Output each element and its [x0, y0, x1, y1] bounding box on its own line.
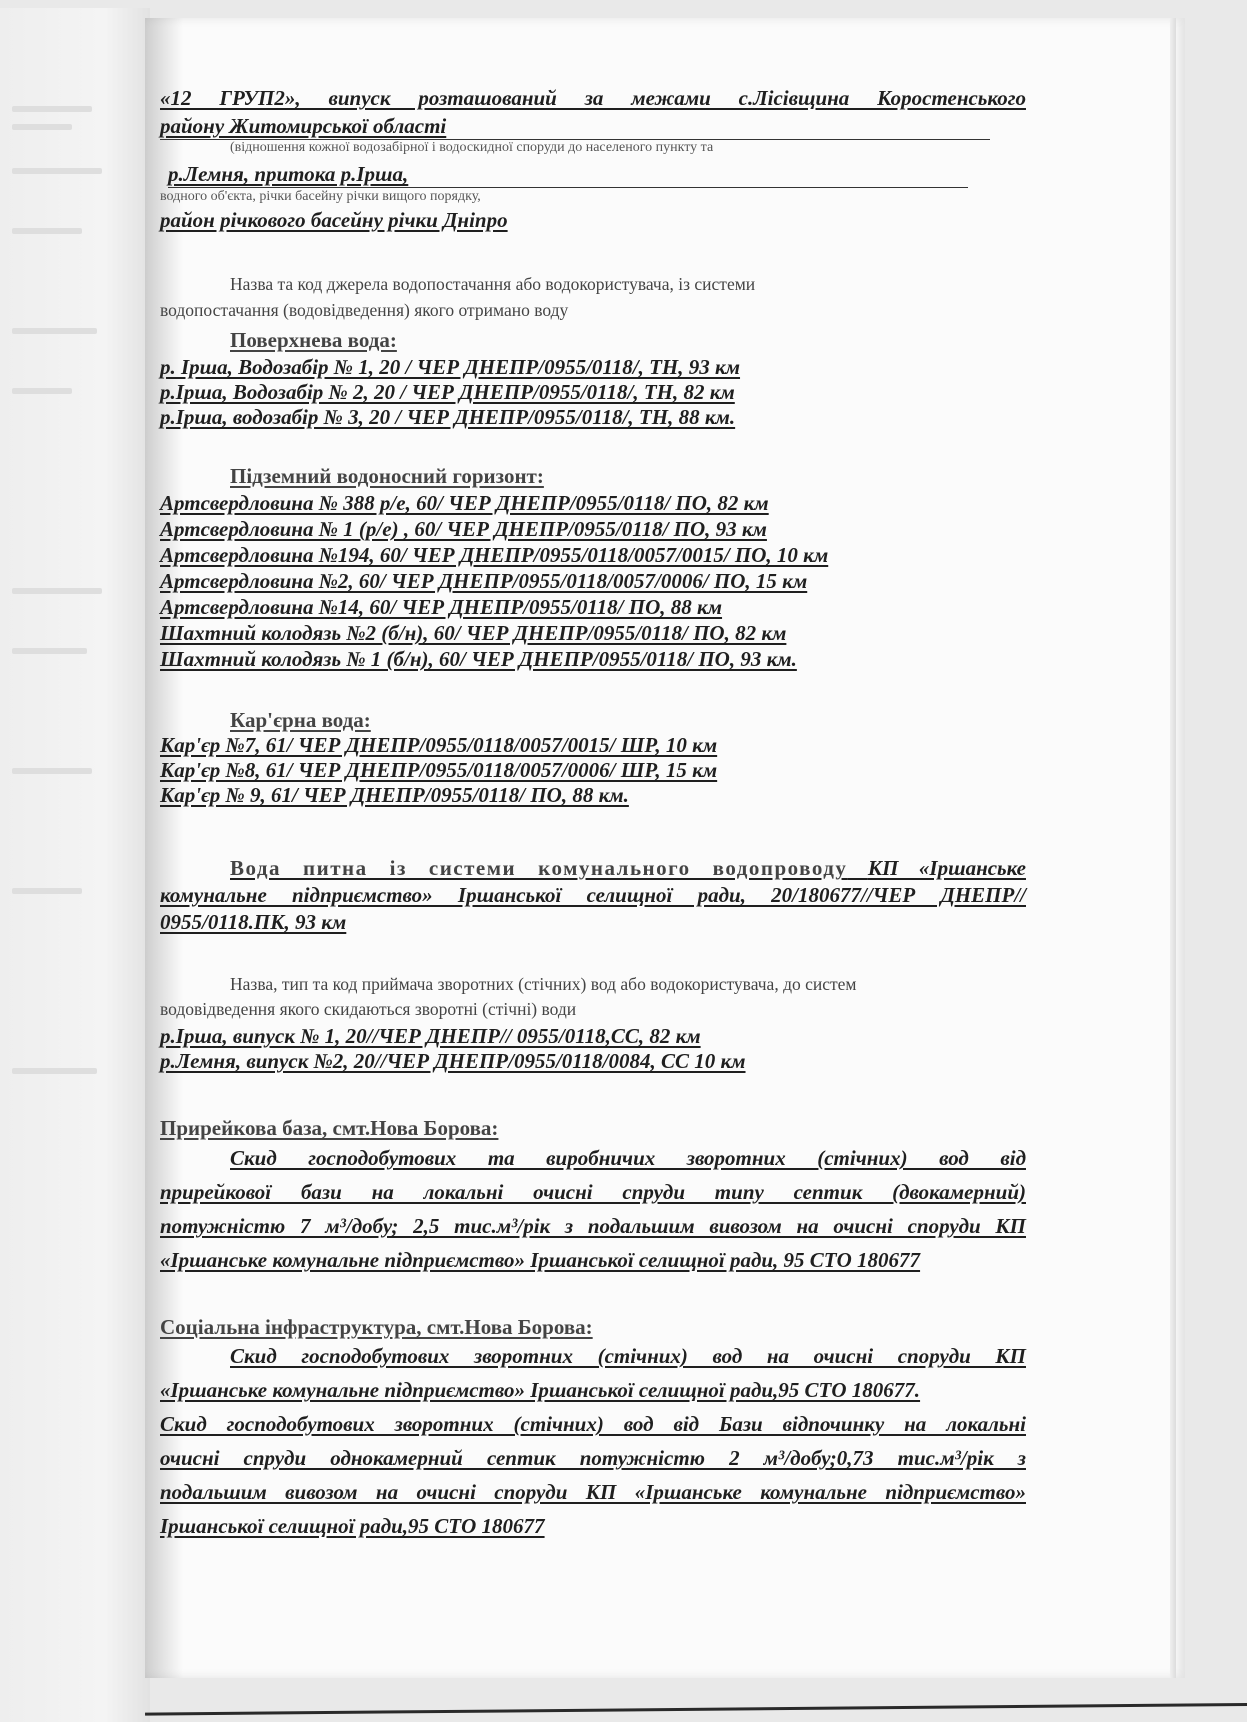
header-line-6: район річкового басейну річки Дніпро: [160, 208, 508, 233]
quarry-water-item: Кар'єр №7, 61/ ЧЕР ДНЕПР/0955/0118/0057/…: [160, 733, 717, 758]
groundwater-item: Артсвердловина №2, 60/ ЧЕР ДНЕПР/0955/01…: [160, 569, 807, 594]
social-line: очисні спруди однокамерний септик потужн…: [160, 1446, 1026, 1471]
drinking-water-provider: КП «Іршанське: [868, 856, 1026, 880]
rail-base-line: потужністю 7 м³/добу; 2,5 тис.м³/рік з п…: [160, 1214, 1026, 1239]
groundwater-item: Артсвердловина №194, 60/ ЧЕР ДНЕПР/0955/…: [160, 543, 828, 568]
receiver-item: р.Лемня, випуск №2, 20//ЧЕР ДНЕПР/0955/0…: [160, 1049, 746, 1074]
section-title-rail-base: Прирейкова база, смт.Нова Борова:: [160, 1116, 498, 1141]
social-line: «Іршанське комунальне підприємство» Ірша…: [160, 1378, 920, 1403]
groundwater-item: Артсвердловина №14, 60/ ЧЕР ДНЕПР/0955/0…: [160, 595, 722, 620]
surface-water-item: р.Ірша, водозабір № 3, 20 / ЧЕР ДНЕПР/09…: [160, 405, 735, 430]
header-note-2: водного об'єкта, річки басейну річки вищ…: [160, 189, 481, 205]
header-line-1: «12 ГРУП2», випуск розташований за межам…: [160, 86, 1026, 111]
section-title-groundwater: Підземний водоносний горизонт:: [230, 464, 544, 489]
groundwater-item: Артсвердловина № 388 р/е, 60/ ЧЕР ДНЕПР/…: [160, 491, 769, 516]
drinking-water-line-2: комунальне підприємство» Іршанської сели…: [160, 883, 1026, 908]
header-note-1: (відношення кожної водозабірної і водоск…: [230, 140, 713, 156]
social-line: Скид господобутових зворотних (стічних) …: [230, 1344, 1026, 1369]
social-line: подальшим вивозом на очисні споруди КП «…: [160, 1480, 1026, 1505]
groundwater-item: Артсвердловина № 1 (р/е) , 60/ ЧЕР ДНЕПР…: [160, 517, 767, 542]
header-line-4: р.Лемня, притока р.Ірша,: [168, 162, 968, 188]
section-title-surface-water: Поверхнева вода:: [230, 328, 397, 353]
section-title-quarry-water: Кар'єрна вода:: [230, 708, 371, 733]
rail-base-line: «Іршанське комунальне підприємство» Ірша…: [160, 1248, 920, 1273]
page-right-edge: [1170, 18, 1176, 1678]
section-title-social-infrastructure: Соціальна інфраструктура, смт.Нова Боров…: [160, 1315, 593, 1340]
surface-water-item: р. Ірша, Водозабір № 1, 20 / ЧЕР ДНЕПР/0…: [160, 355, 740, 380]
groundwater-item: Шахтний колодязь №2 (б/н), 60/ ЧЕР ДНЕПР…: [160, 621, 786, 646]
drinking-water-lead: Вода питна із системи комунального водоп…: [230, 856, 847, 880]
receiver-intro-line-2: водовідведення якого скидаються зворотні…: [160, 999, 576, 1020]
header-line-2: району Житомирської області: [160, 114, 990, 140]
rail-base-line: прирейкової бази на локальні очисні спру…: [160, 1180, 1026, 1205]
drinking-water-line-3: 0955/0118.ПК, 93 км: [160, 910, 346, 935]
underlying-page-edge: [0, 8, 150, 1722]
receiver-intro-line-1: Назва, тип та код приймача зворотних (ст…: [230, 974, 857, 995]
scanner-bottom-edge: [145, 1703, 1247, 1716]
quarry-water-item: Кар'єр № 9, 61/ ЧЕР ДНЕПР/0955/0118/ ПО,…: [160, 783, 629, 808]
social-line: Скид господобутових зворотних (стічних) …: [160, 1412, 1026, 1437]
receiver-item: р.Ірша, випуск № 1, 20//ЧЕР ДНЕПР// 0955…: [160, 1024, 701, 1049]
groundwater-item: Шахтний колодязь № 1 (б/н), 60/ ЧЕР ДНЕП…: [160, 647, 797, 672]
quarry-water-item: Кар'єр №8, 61/ ЧЕР ДНЕПР/0955/0118/0057/…: [160, 758, 717, 783]
drinking-water-line-1: Вода питна із системи комунального водоп…: [160, 856, 1026, 881]
rail-base-line: Скид господобутових та виробничих зворот…: [230, 1146, 1026, 1171]
source-intro-line-1: Назва та код джерела водопостачання або …: [230, 274, 755, 295]
source-intro-line-2: водопостачання (водовідведення) якого от…: [160, 300, 568, 321]
social-line: Іршанської селищної ради,95 СТО 180677: [160, 1514, 545, 1539]
surface-water-item: р.Ірша, Водозабір № 2, 20 / ЧЕР ДНЕПР/09…: [160, 380, 735, 405]
